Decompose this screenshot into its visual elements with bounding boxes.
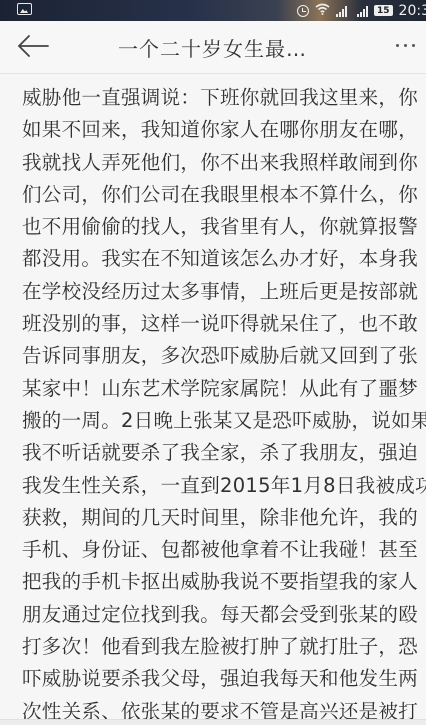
article-line: 告诉同事朋友，多次恐吓威胁后就又回到了张 [22, 340, 414, 372]
status-time: 20:3 [399, 3, 426, 19]
article-line: 我发生性关系，一直到2015年1月8日我被成功 [22, 470, 414, 502]
article-line: 手机、身份证、包都被他拿着不让我碰！甚至 [22, 534, 414, 566]
article-content[interactable]: 威胁他一直强调说：下班你就回我这里来，你 如果不回来，我知道你家人在哪你朋友在哪… [0, 74, 426, 720]
more-dot [412, 44, 415, 47]
article-line: 某家中！山东艺术学院家属院！从此有了噩梦 [22, 373, 414, 405]
article-line: 次性关系、依张某的要求不管是高兴还是被打 [22, 696, 414, 720]
status-icons: 15 20:3 [297, 0, 426, 21]
article-line: 吓威胁说要杀我父母，强迫我每天和他发生两 [22, 663, 414, 695]
alarm-icon [297, 5, 309, 17]
article-body: 威胁他一直强调说：下班你就回我这里来，你 如果不回来，我知道你家人在哪你朋友在哪… [0, 74, 426, 720]
article-line: 在学校没经历过太多事情，上班后更是按部就 [22, 276, 414, 308]
image-notification-icon [17, 3, 32, 15]
article-line: 都没用。我实在不知道该怎么办才好，本身我 [22, 243, 414, 275]
more-options-button[interactable] [390, 35, 420, 55]
more-dot [404, 44, 407, 47]
article-line: 也不用偷偷的找人，我省里有人，你就算报警 [22, 211, 414, 243]
status-bar: 15 20:3 [0, 0, 426, 21]
battery-icon: 15 [374, 5, 393, 16]
article-line: 如果不回来，我知道你家人在哪你朋友在哪， [22, 114, 414, 146]
page-title: 一个二十岁女生最… [118, 33, 307, 62]
signal-icon-2 [357, 5, 368, 17]
app-header: 一个二十岁女生最… [0, 21, 426, 74]
bottom-divider [0, 719, 426, 725]
back-button[interactable] [16, 33, 50, 59]
article-line: 朋友通过定位找到我。每天都会受到张某的殴 [22, 599, 414, 631]
article-line: 我就找人弄死他们，你不出来我照样敢闹到你 [22, 147, 414, 179]
article-line: 们公司，你们公司在我眼里根本不算什么，你 [22, 179, 414, 211]
article-line: 把我的手机卡抠出威胁我说不要指望我的家人 [22, 566, 414, 598]
article-line: 获救，期间的几天时间里，除非他允许，我的 [22, 502, 414, 534]
wifi-icon [315, 3, 330, 18]
arrow-left-icon [16, 33, 50, 59]
article-line: 打多次！他看到我左脸被打肿了就打肚子，恐 [22, 631, 414, 663]
article-line: 我不听话就要杀了我全家，杀了我朋友，强迫 [22, 437, 414, 469]
article-line: 班没别的事，这样一说吓得就呆住了，也不敢 [22, 308, 414, 340]
more-dots-icon [396, 44, 399, 47]
article-line: 威胁他一直强调说：下班你就回我这里来，你 [22, 82, 414, 114]
signal-icon [336, 5, 347, 17]
article-line: 搬的一周。2日晚上张某又是恐吓威胁，说如果 [22, 405, 414, 437]
